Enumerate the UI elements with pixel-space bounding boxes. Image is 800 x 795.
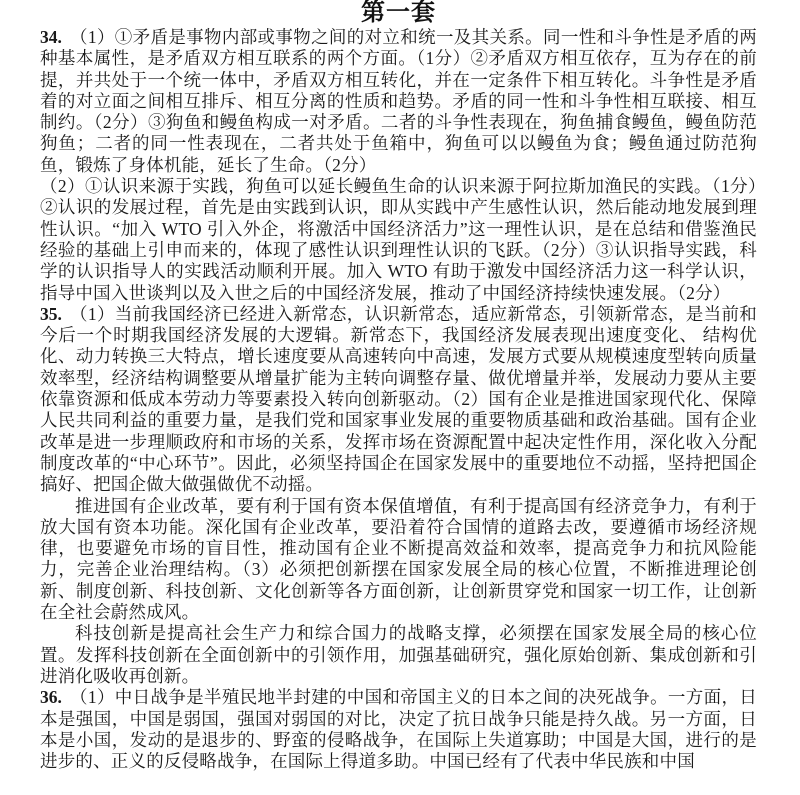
paragraph-text: （2）①认识来源于实践，狗鱼可以延长鳗鱼生命的认识来源于阿拉斯加渔民的实践。（1… <box>40 176 757 302</box>
answer-paragraph-34-1: 34.（1）①矛盾是事物内部或事物之间的对立和统一及其关系。同一性和斗争性是矛盾… <box>40 27 757 176</box>
answer-paragraph-36-1: 36.（1）中日战争是半殖民地半封建的中国和帝国主义的日本之间的决死战争。一方面… <box>40 687 757 772</box>
answer-paragraph-35-1: 35.（1）当前我国经济已经进入新常态，认识新常态，适应新常态，引领新常态，是当… <box>40 304 757 496</box>
page-title: 第一套 <box>40 0 757 27</box>
question-number: 36. <box>40 687 62 707</box>
paragraph-text: （1）当前我国经济已经进入新常态，认识新常态，适应新常态，引领新常态，是当前和今… <box>40 304 757 494</box>
question-number: 35. <box>40 304 62 324</box>
answer-sheet-page: 第一套 34.（1）①矛盾是事物内部或事物之间的对立和统一及其关系。同一性和斗争… <box>0 0 800 795</box>
paragraph-text: 推进国有企业改革，要有利于国有资本保值增值，有利于提高国有经济竞争力，有利于放大… <box>40 496 757 622</box>
answer-paragraph-35-3: 科技创新是提高社会生产力和综合国力的战略支撑，必须摆在国家发展全局的核心位置。发… <box>40 623 757 687</box>
paragraph-text: （1）中日战争是半殖民地半封建的中国和帝国主义的日本之间的决死战争。一方面，日本… <box>40 687 757 771</box>
answer-paragraph-34-2: （2）①认识来源于实践，狗鱼可以延长鳗鱼生命的认识来源于阿拉斯加渔民的实践。（1… <box>40 176 757 304</box>
paragraph-text: 科技创新是提高社会生产力和综合国力的战略支撑，必须摆在国家发展全局的核心位置。发… <box>40 623 757 686</box>
answer-paragraph-35-2: 推进国有企业改革，要有利于国有资本保值增值，有利于提高国有经济竞争力，有利于放大… <box>40 496 757 624</box>
paragraph-text: （1）①矛盾是事物内部或事物之间的对立和统一及其关系。同一性和斗争性是矛盾的两种… <box>40 27 757 175</box>
question-number: 34. <box>40 27 62 47</box>
